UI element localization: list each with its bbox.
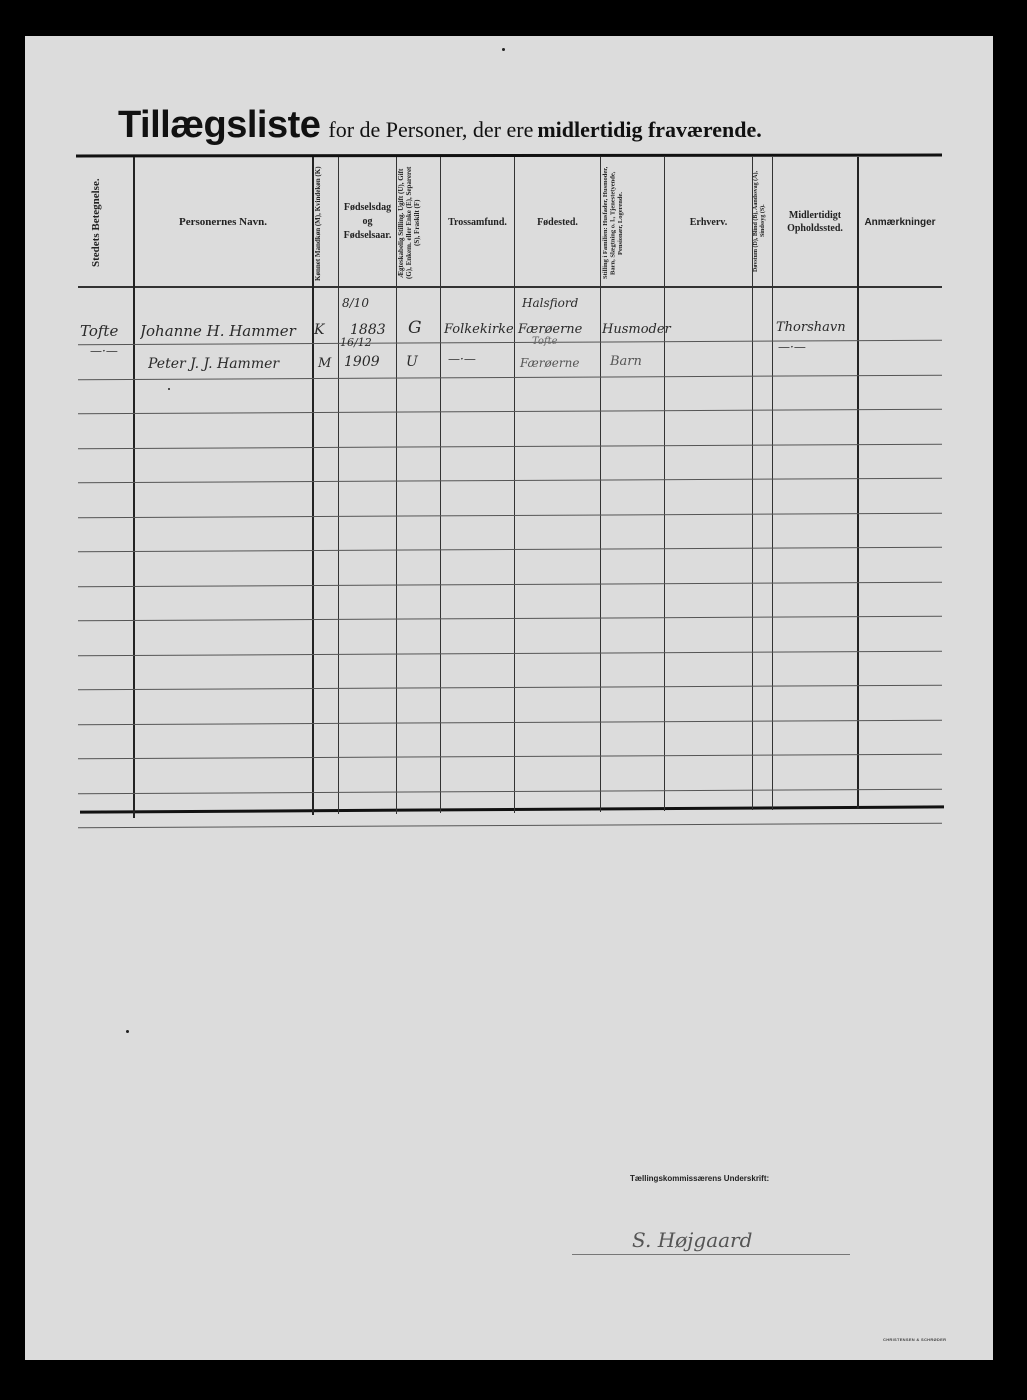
header-sex: Kønnet Mandkøn (M), Kvindekøn (K) bbox=[314, 166, 338, 282]
title-subtitle: for de Personer, der ere bbox=[328, 117, 533, 142]
row1-family-position: Husmoder bbox=[602, 322, 671, 337]
header-disability: Døvstum (D), Blind (B), Aandssvag (A), S… bbox=[753, 160, 772, 282]
form-title: Tillægslistefor de Personer, der ere mid… bbox=[118, 104, 762, 147]
signature-label: Tællingskommissærens Underskrift: bbox=[630, 1174, 769, 1183]
ink-dot bbox=[168, 388, 170, 390]
row2-birth-day: 16/12 bbox=[340, 336, 372, 349]
row1-name: Johanne H. Hammer bbox=[140, 322, 312, 340]
row2-marital: U bbox=[406, 354, 418, 370]
ink-dot bbox=[126, 1030, 129, 1033]
header-marital: Ægteskabelig Stilling. Ugift (U), Gift (… bbox=[397, 164, 439, 282]
row2-birthplace-line1: Tofte bbox=[532, 336, 558, 347]
printer-mark: CHRISTENSEN & SCHRØDER bbox=[883, 1337, 946, 1342]
row1-birthplace-line2: Færøerne bbox=[518, 322, 582, 337]
header-temp-residence: Midlertidigt Opholdssted. bbox=[773, 160, 857, 284]
row1-sex: K bbox=[314, 322, 324, 338]
header-names: Personernes Navn. bbox=[134, 160, 312, 284]
header-birthplace: Fødested. bbox=[515, 160, 600, 284]
row2-family-position: Barn bbox=[610, 354, 642, 369]
row2-place: —·— bbox=[90, 344, 118, 358]
row1-temp-residence: Thorshavn bbox=[776, 320, 846, 335]
row1-birth-day: 8/10 bbox=[342, 296, 369, 310]
header-religion: Trossamfund. bbox=[441, 160, 514, 284]
header-family-position: Stilling i Familien: Husfader, Husmoder,… bbox=[602, 164, 662, 282]
ink-dot bbox=[502, 48, 505, 51]
row2-sex: M bbox=[318, 356, 331, 371]
row1-marital: G bbox=[408, 318, 422, 338]
signature-line bbox=[572, 1254, 850, 1255]
row2-religion: —·— bbox=[448, 352, 476, 366]
title-emphasis: midlertidig fraværende. bbox=[537, 117, 761, 142]
signature-value: S. Højgaard bbox=[632, 1228, 752, 1252]
row2-temp-residence: —·— bbox=[778, 340, 806, 354]
header-bottom-rule bbox=[78, 286, 942, 288]
row2-birthplace-line2: Færøerne bbox=[520, 356, 579, 370]
row1-place: Tofte bbox=[80, 322, 118, 340]
header-remarks: Anmærkninger bbox=[858, 160, 942, 284]
header-birth: Fødselsdag og Fødselsaar. bbox=[339, 160, 396, 284]
header-occupation: Erhverv. bbox=[665, 160, 752, 284]
title-main: Tillægsliste bbox=[118, 104, 320, 146]
row1-religion: Folkekirke bbox=[444, 322, 514, 337]
row1-birthplace-line1: Halsfiord bbox=[522, 296, 578, 310]
col-divider bbox=[600, 157, 601, 812]
header-place: Stedets Betegnelse. bbox=[90, 168, 120, 278]
row2-name: Peter J. J. Hammer bbox=[148, 356, 312, 372]
row2-birth-year: 1909 bbox=[344, 354, 380, 370]
